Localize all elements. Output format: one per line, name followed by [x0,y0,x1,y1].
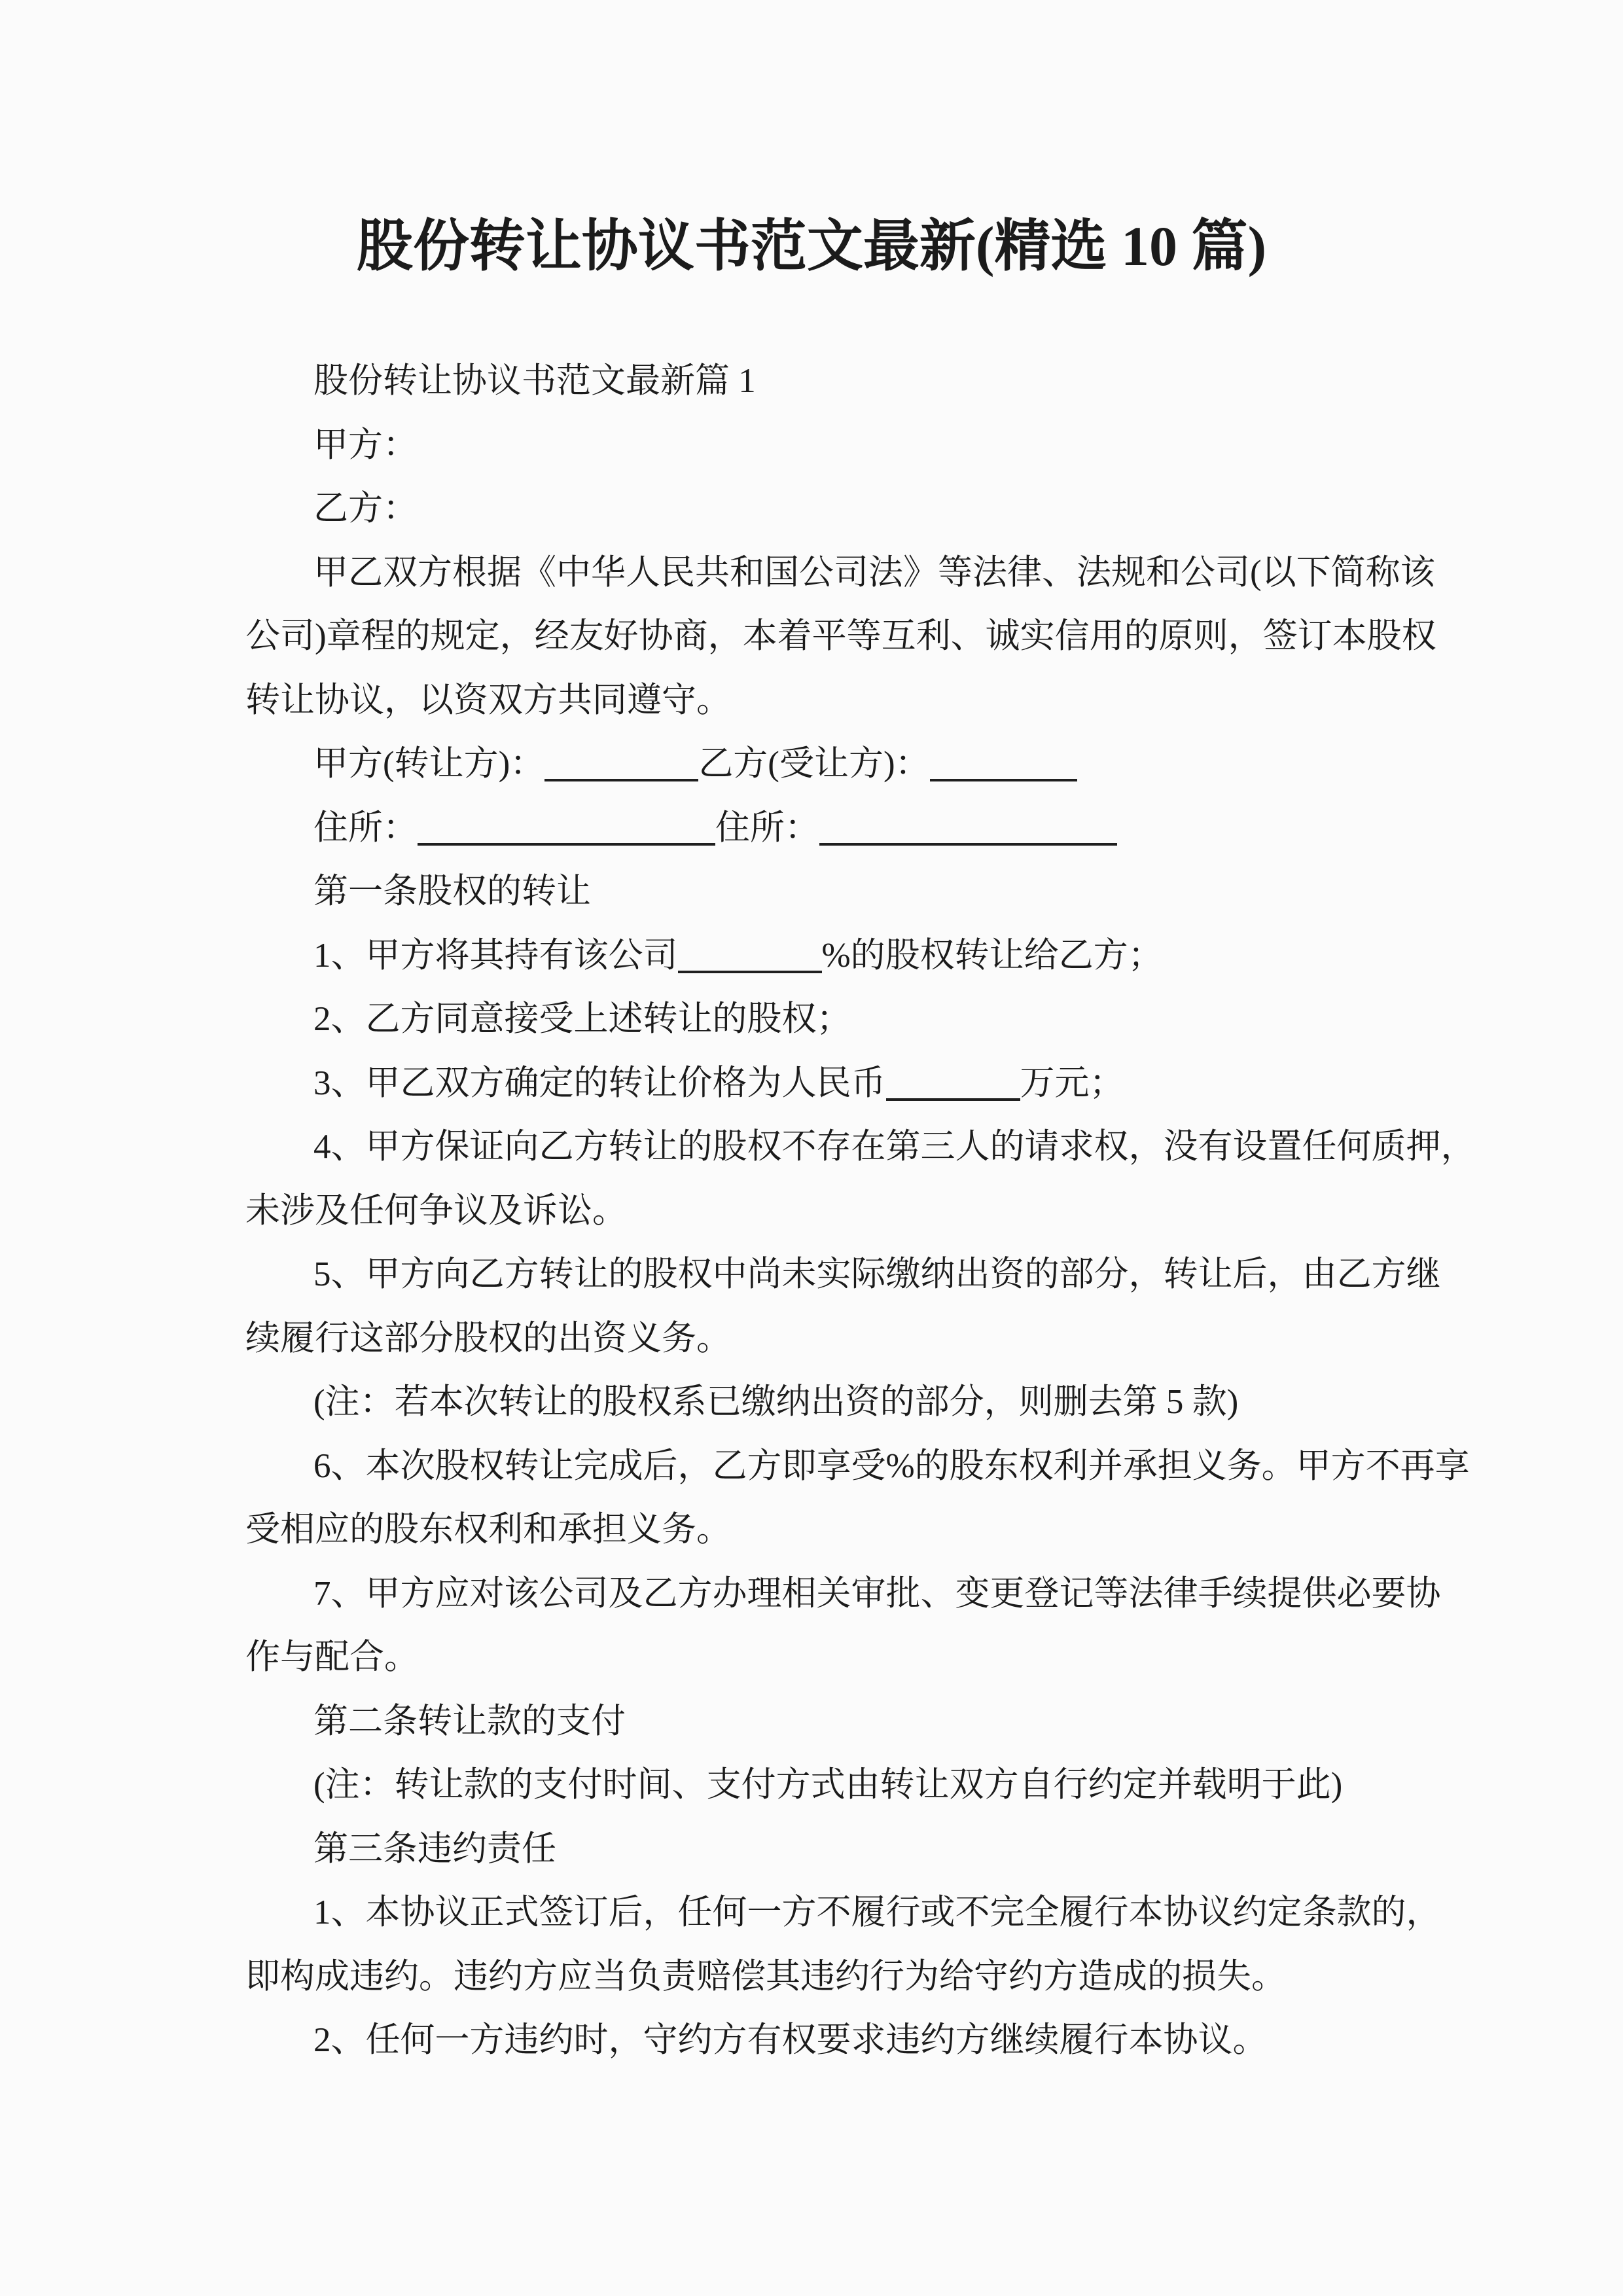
blank-underline [886,1098,1020,1101]
line-text: 第三条违约责任 [313,1830,556,1868]
document-line: 5、甲方向乙方转让的股权中尚未实际缴纳出资的部分，转让后，由乙方继 [245,1243,1410,1307]
line-text: 7、甲方应对该公司及乙方办理相关审批、变更登记等法律手续提供必要协 [313,1575,1441,1613]
line-text: 续履行这部分股权的出资义务。 [245,1319,731,1357]
line-text: 作与配合。 [245,1638,419,1676]
document-line: 4、甲方保证向乙方转让的股权不存在第三人的请求权，没有设置任何质押， [245,1115,1410,1179]
line-text: 3、甲乙双方确定的转让价格为人民币 [313,1064,886,1102]
document-line: 1、甲方将其持有该公司%的股权转让给乙方； [245,924,1410,988]
document-line: (注：若本次转让的股权系已缴纳出资的部分，则删去第 5 款) [245,1371,1410,1435]
document-line: (注：转让款的支付时间、支付方式由转让双方自行约定并载明于此) [245,1753,1410,1818]
line-text: 甲乙双方根据《中华人民共和国公司法》等法律、法规和公司(以下简称该 [313,554,1435,592]
line-text: (注：若本次转让的股权系已缴纳出资的部分，则删去第 5 款) [313,1383,1238,1421]
document-line: 受相应的股东权利和承担义务。 [245,1498,1410,1562]
document-line: 甲方(转让方)：乙方(受让方)： [245,732,1410,797]
line-text: 5、甲方向乙方转让的股权中尚未实际缴纳出资的部分，转让后，由乙方继 [313,1255,1441,1293]
blank-underline [544,779,698,781]
document-line: 即构成违约。违约方应当负责赔偿其违约行为给守约方造成的损失。 [245,1945,1410,2009]
line-text: 未涉及任何争议及诉讼。 [245,1192,627,1230]
document-line: 第三条违约责任 [245,1818,1410,1882]
document-line: 股份转让协议书范文最新篇 1 [245,350,1410,414]
document-line: 2、乙方同意接受上述转让的股权； [245,988,1410,1052]
line-text: %的股权转让给乙方； [822,937,1163,975]
line-text: 万元； [1020,1064,1124,1102]
document-line: 续履行这部分股权的出资义务。 [245,1307,1410,1371]
document-line: 转让协议，以资双方共同遵守。 [245,669,1410,733]
line-text: 2、任何一方违约时，守约方有权要求违约方继续履行本协议。 [313,2021,1268,2059]
blank-underline [418,843,715,846]
document-line: 6、本次股权转让完成后，乙方即享受%的股东权利并承担义务。甲方不再享 [245,1435,1410,1499]
line-text: (注：转让款的支付时间、支付方式由转让双方自行约定并载明于此) [313,1766,1342,1804]
document-line: 乙方： [245,477,1410,541]
line-text: 住所： [715,809,819,847]
document-title: 股份转让协议书范文最新(精选 10 篇) [0,215,1623,278]
document-line: 甲方： [245,414,1410,478]
line-text: 股份转让协议书范文最新篇 1 [313,362,756,400]
blank-underline [678,971,822,973]
line-text: 6、本次股权转让完成后，乙方即享受%的股东权利并承担义务。甲方不再享 [313,1447,1470,1485]
document-line: 2、任何一方违约时，守约方有权要求违约方继续履行本协议。 [245,2009,1410,2073]
blank-underline [819,843,1117,846]
line-text: 乙方： [313,490,418,528]
line-text: 转让协议，以资双方共同遵守。 [245,681,731,719]
document-line: 第一条股权的转让 [245,860,1410,924]
line-text: 4、甲方保证向乙方转让的股权不存在第三人的请求权，没有设置任何质押， [313,1128,1476,1166]
document-page: 股份转让协议书范文最新(精选 10 篇) 股份转让协议书范文最新篇 1甲方：乙方… [0,0,1623,2296]
document-line: 1、本协议正式签订后，任何一方不履行或不完全履行本协议约定条款的， [245,1881,1410,1945]
document-line: 7、甲方应对该公司及乙方办理相关审批、变更登记等法律手续提供必要协 [245,1562,1410,1626]
document-body: 股份转让协议书范文最新篇 1甲方：乙方：甲乙双方根据《中华人民共和国公司法》等法… [245,350,1410,2073]
document-line: 甲乙双方根据《中华人民共和国公司法》等法律、法规和公司(以下简称该 [245,541,1410,605]
line-text: 住所： [313,809,418,847]
document-line: 公司)章程的规定，经友好协商，本着平等互利、诚实信用的原则，签订本股权 [245,605,1410,669]
line-text: 2、乙方同意接受上述转让的股权； [313,1000,851,1038]
line-text: 乙方(受让方)： [698,745,929,783]
line-text: 第二条转让款的支付 [313,1702,626,1740]
document-line: 作与配合。 [245,1626,1410,1690]
document-line: 3、甲乙双方确定的转让价格为人民币万元； [245,1052,1410,1116]
line-text: 即构成违约。违约方应当负责赔偿其违约行为给守约方造成的损失。 [245,1958,1286,1996]
line-text: 第一条股权的转让 [313,872,591,910]
document-line: 未涉及任何争议及诉讼。 [245,1179,1410,1244]
line-text: 甲方(转让方)： [313,745,544,783]
document-line: 住所：住所： [245,797,1410,861]
line-text: 1、本协议正式签订后，任何一方不履行或不完全履行本协议约定条款的， [313,1893,1441,1931]
line-text: 公司)章程的规定，经友好协商，本着平等互利、诚实信用的原则，签订本股权 [245,617,1436,655]
document-line: 第二条转让款的支付 [245,1690,1410,1754]
line-text: 1、甲方将其持有该公司 [313,937,678,975]
line-text: 甲方： [313,426,418,464]
blank-underline [930,779,1077,781]
line-text: 受相应的股东权利和承担义务。 [245,1511,731,1549]
